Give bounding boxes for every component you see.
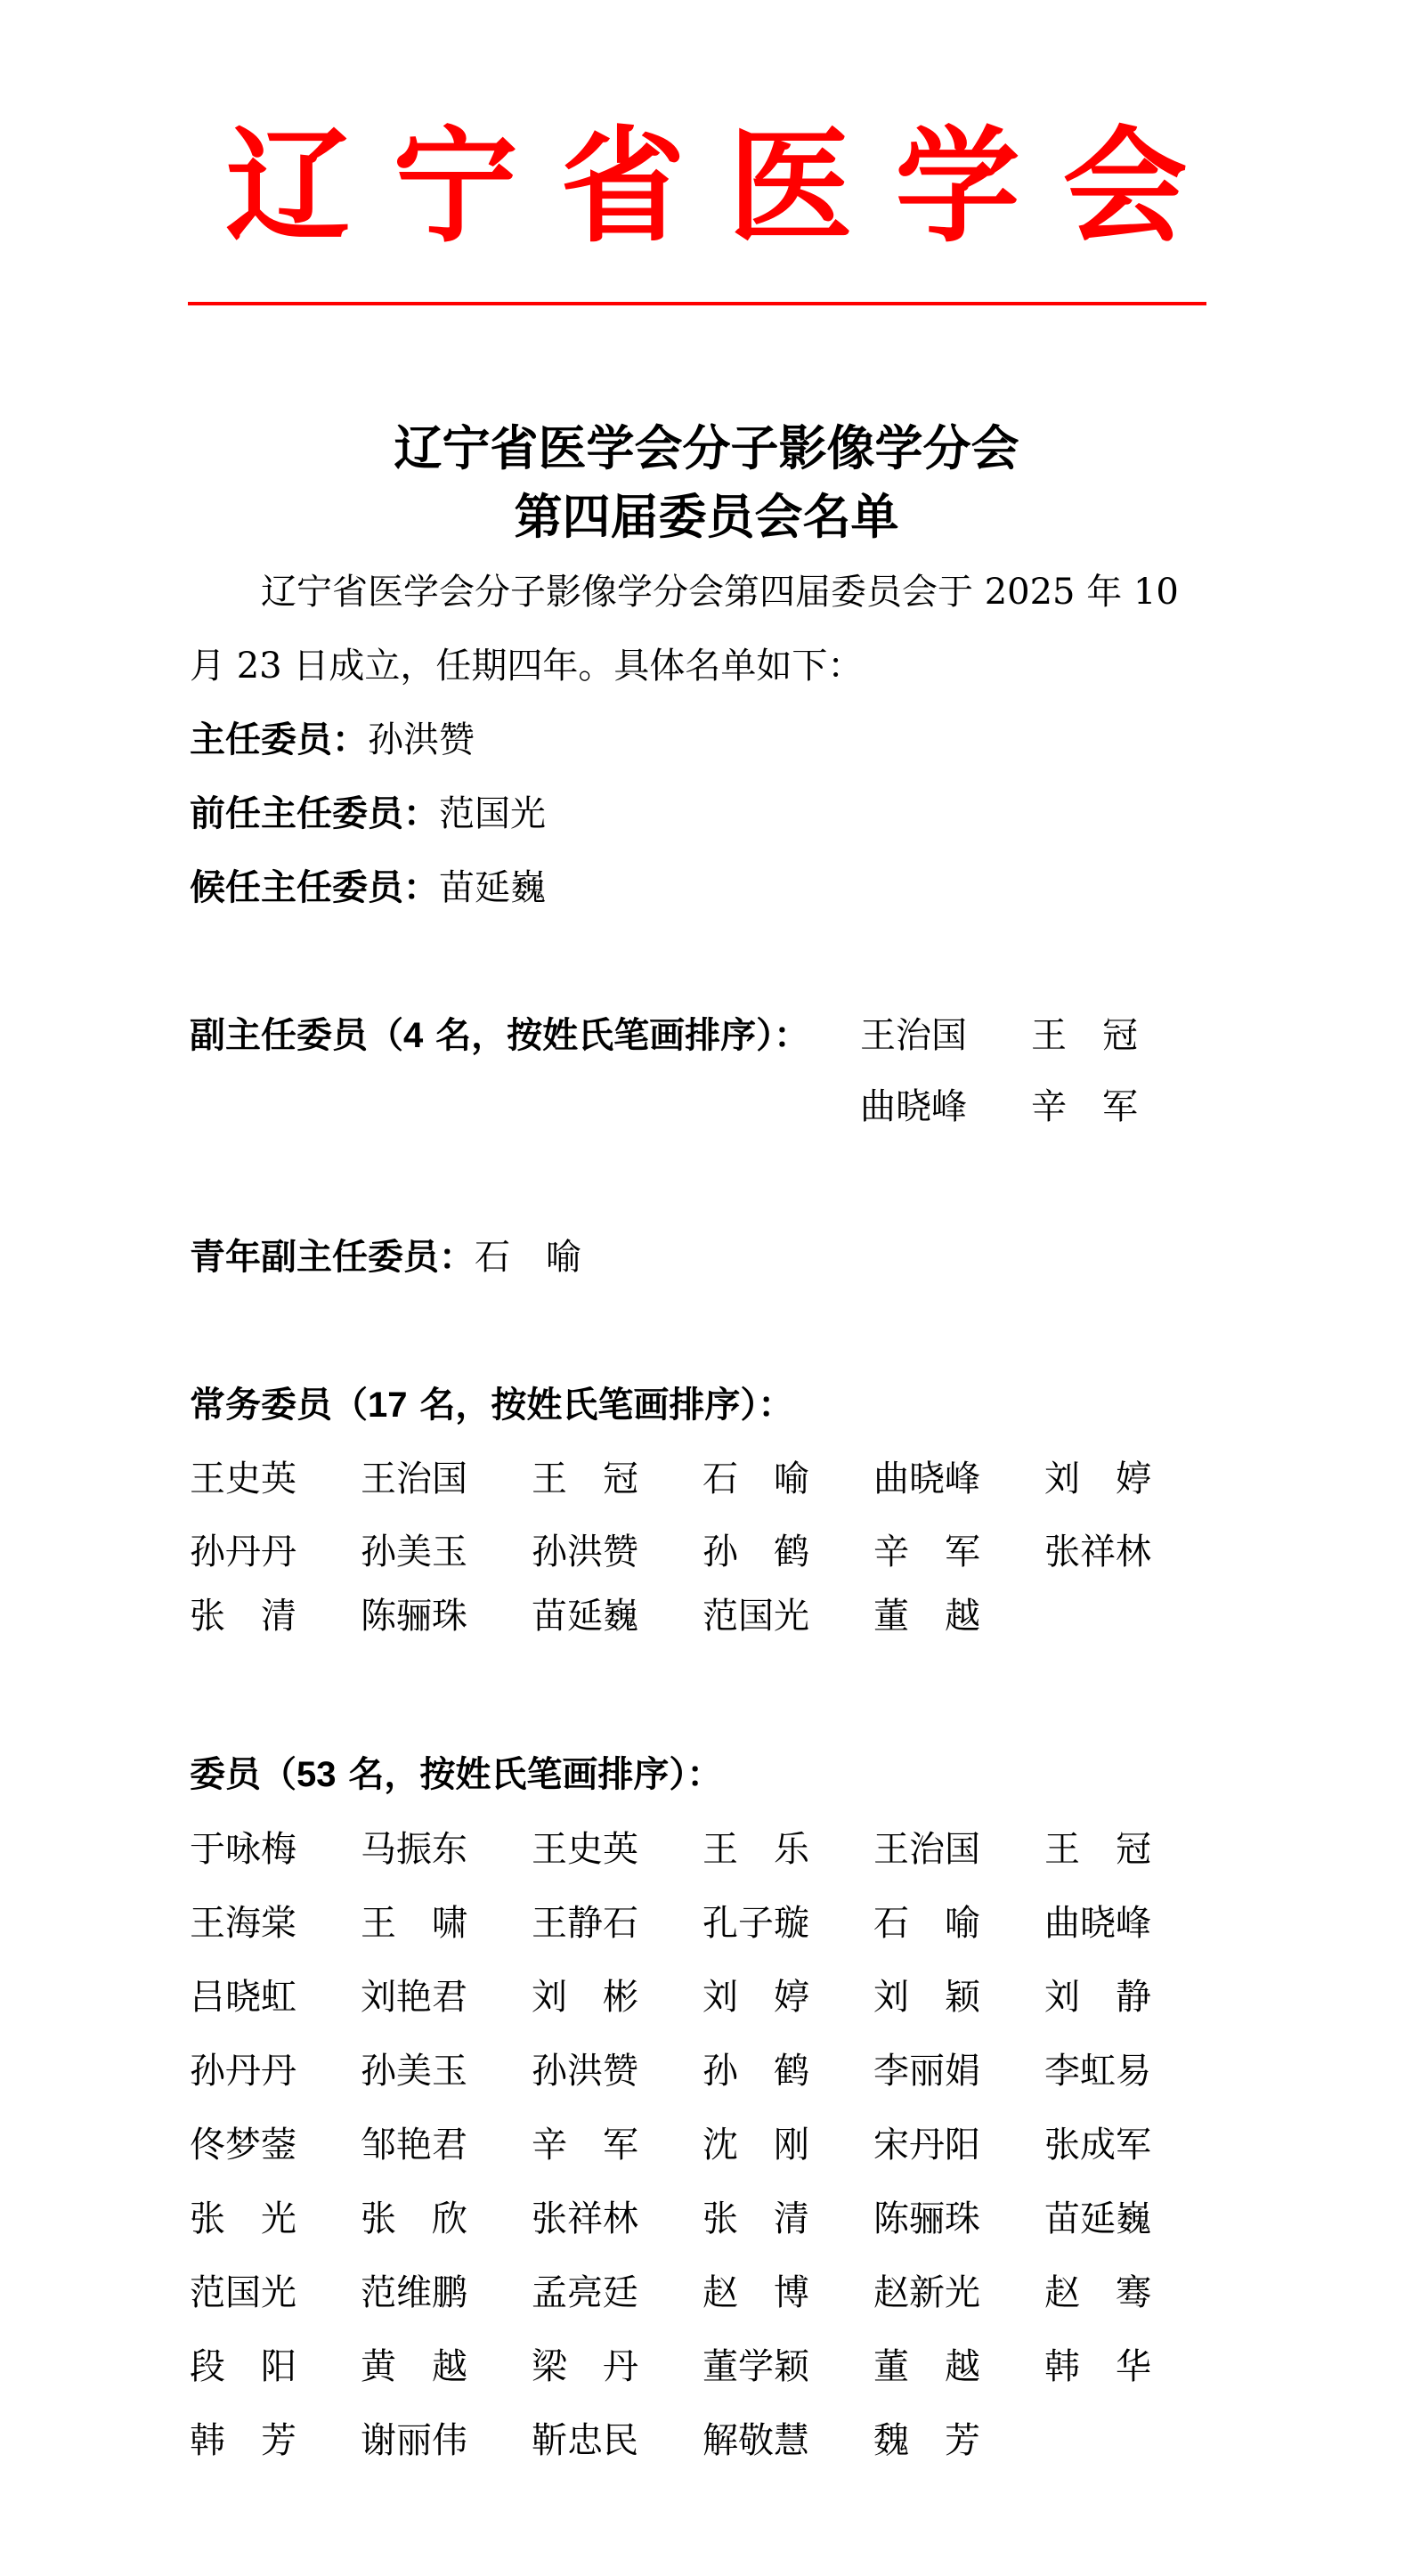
member-name: 石 喻 (873, 1901, 1044, 1946)
member-name: 刘 彬 (532, 1975, 702, 2019)
member-name: 段 阳 (190, 2344, 361, 2389)
standing-member-name: 刘 婷 (1044, 1457, 1215, 1501)
chair-label: 主任委员： (190, 719, 368, 760)
member-name: 韩 芳 (190, 2418, 361, 2463)
standing-member-name: 曲晓峰 (873, 1457, 1044, 1501)
member-name: 佟梦蓥 (190, 2123, 361, 2167)
chair-row: 主任委员：孙洪赞 (190, 718, 475, 762)
document-title-line1: 辽宁省医学会分子影像学分会 (0, 417, 1413, 479)
chair-elect-row: 候任主任委员：苗延巍 (190, 865, 546, 910)
member-name: 魏 芳 (873, 2418, 1044, 2463)
vice-chairs-count: 4 (403, 1016, 423, 1055)
vice-chairs-label-prefix: 副主任委员（ (190, 1014, 403, 1056)
intro-paragraph-line2: 月 23 日成立，任期四年。具体名单如下： (190, 644, 863, 688)
member-name: 邹艳君 (361, 2123, 532, 2167)
member-name: 苗延巍 (1044, 2197, 1215, 2241)
standing-member-name: 孙丹丹 (190, 1530, 361, 1574)
members-list: 于咏梅马振东王史英王 乐王治国王 冠王海棠王 啸王静石孔子璇石 喻曲晓峰吕晓虹刘… (190, 1827, 1258, 2463)
standing-member-name: 孙 鹤 (702, 1530, 873, 1574)
vice-chairs-label-suffix: 名，按姓氏笔画排序）： (423, 1014, 809, 1056)
standing-members-count: 17 (368, 1386, 408, 1425)
member-name: 孙丹丹 (190, 2049, 361, 2093)
member-name: 赵新光 (873, 2271, 1044, 2315)
member-name: 孙洪赞 (532, 2049, 702, 2093)
standing-member-name: 张 清 (190, 1594, 361, 1638)
member-name: 王静石 (532, 1901, 702, 1946)
member-name: 刘 婷 (702, 1975, 873, 2019)
member-name: 于咏梅 (190, 1827, 361, 1872)
member-name: 韩 华 (1044, 2344, 1215, 2389)
member-name: 孔子璇 (702, 1901, 873, 1946)
member-name: 孟亮廷 (532, 2271, 702, 2315)
standing-member-name: 陈骊珠 (361, 1594, 532, 1638)
member-name: 王 乐 (702, 1827, 873, 1872)
member-name: 王海棠 (190, 1901, 361, 1946)
standing-member-name: 范国光 (702, 1594, 873, 1638)
member-name: 宋丹阳 (873, 2123, 1044, 2167)
standing-member-name: 辛 军 (873, 1530, 1044, 1574)
standing-member-name: 石 喻 (702, 1457, 873, 1501)
youth-vice-chair-row: 青年副主任委员：石 喻 (190, 1235, 581, 1280)
member-name: 张祥林 (532, 2197, 702, 2241)
member-name: 王治国 (873, 1827, 1044, 1872)
standing-member-name: 王 冠 (532, 1457, 702, 1501)
members-label-suffix: 名，按姓氏笔画排序）： (337, 1753, 723, 1795)
member-name: 王 冠 (1044, 1827, 1215, 1872)
former-chair-label: 前任主任委员： (190, 792, 439, 834)
member-name: 张 欣 (361, 2197, 532, 2241)
member-name: 曲晓峰 (1044, 1901, 1215, 1946)
vice-chairs-heading: 副主任委员（4 名，按姓氏笔画排序）： (190, 1013, 809, 1058)
member-name: 马振东 (361, 1827, 532, 1872)
former-chair-name: 范国光 (439, 793, 546, 834)
intro-paragraph-line1: 辽宁省医学会分子影像学分会第四届委员会于 2025 年 10 (261, 570, 1179, 614)
member-name: 李丽娟 (873, 2049, 1044, 2093)
vice-chair-name: 辛 军 (1031, 1085, 1202, 1129)
letterhead-org-name: 辽宁省医学会 (0, 116, 1413, 258)
standing-members-heading: 常务委员（17 名，按姓氏笔画排序）： (190, 1383, 793, 1427)
member-name: 范国光 (190, 2271, 361, 2315)
member-name: 刘艳君 (361, 1975, 532, 2019)
member-name: 董 越 (873, 2344, 1044, 2389)
chair-elect-label: 候任主任委员： (190, 866, 439, 908)
youth-vice-chair-label: 青年副主任委员： (190, 1236, 475, 1278)
standing-member-name: 董 越 (873, 1594, 1044, 1638)
member-name: 张 清 (702, 2197, 873, 2241)
member-name: 王史英 (532, 1827, 702, 1872)
standing-members-list: 王史英 王治国 王 冠 石 喻 曲晓峰 刘 婷 孙丹丹 孙美玉 孙洪赞 孙 鹤 … (190, 1457, 1258, 1638)
letterhead-red-rule (188, 302, 1206, 305)
standing-member-name: 孙洪赞 (532, 1530, 702, 1574)
member-name: 范维鹏 (361, 2271, 532, 2315)
member-name: 解敬慧 (702, 2418, 873, 2463)
member-name: 谢丽伟 (361, 2418, 532, 2463)
standing-members-label-suffix: 名，按姓氏笔画排序）： (408, 1384, 794, 1426)
vice-chair-name: 曲晓峰 (860, 1085, 1031, 1129)
standing-member-name: 王史英 (190, 1457, 361, 1501)
standing-member-name: 张祥林 (1044, 1530, 1215, 1574)
member-name: 吕晓虹 (190, 1975, 361, 2019)
member-name: 刘 静 (1044, 1975, 1215, 2019)
members-label-prefix: 委员（ (190, 1753, 296, 1795)
member-name: 梁 丹 (532, 2344, 702, 2389)
member-name: 赵 骞 (1044, 2271, 1215, 2315)
member-name: 沈 刚 (702, 2123, 873, 2167)
member-name: 赵 博 (702, 2271, 873, 2315)
member-name: 靳忠民 (532, 2418, 702, 2463)
members-count: 53 (296, 1755, 337, 1794)
standing-member-name: 孙美玉 (361, 1530, 532, 1574)
member-name: 刘 颖 (873, 1975, 1044, 2019)
member-name: 辛 军 (532, 2123, 702, 2167)
vice-chairs-names: 王治国 王 冠 曲晓峰 辛 军 (860, 1013, 1202, 1129)
standing-member-name: 苗延巍 (532, 1594, 702, 1638)
document-title-line2: 第四届委员会名单 (0, 485, 1413, 548)
member-name: 张 光 (190, 2197, 361, 2241)
member-name: 黄 越 (361, 2344, 532, 2389)
chair-elect-name: 苗延巍 (439, 867, 546, 908)
member-name: 董学颖 (702, 2344, 873, 2389)
standing-member-name: 王治国 (361, 1457, 532, 1501)
standing-members-label-prefix: 常务委员（ (190, 1384, 368, 1426)
vice-chair-name: 王 冠 (1031, 1013, 1202, 1058)
members-heading: 委员（53 名，按姓氏笔画排序）： (190, 1752, 722, 1797)
youth-vice-chair-name: 石 喻 (475, 1237, 581, 1278)
former-chair-row: 前任主任委员：范国光 (190, 792, 546, 836)
vice-chair-name: 王治国 (860, 1013, 1031, 1058)
member-name: 李虹易 (1044, 2049, 1215, 2093)
member-name: 王 啸 (361, 1901, 532, 1946)
chair-name: 孙洪赞 (368, 719, 475, 760)
member-name: 孙美玉 (361, 2049, 532, 2093)
member-name: 陈骊珠 (873, 2197, 1044, 2241)
member-name: 张成军 (1044, 2123, 1215, 2167)
member-name: 孙 鹤 (702, 2049, 873, 2093)
